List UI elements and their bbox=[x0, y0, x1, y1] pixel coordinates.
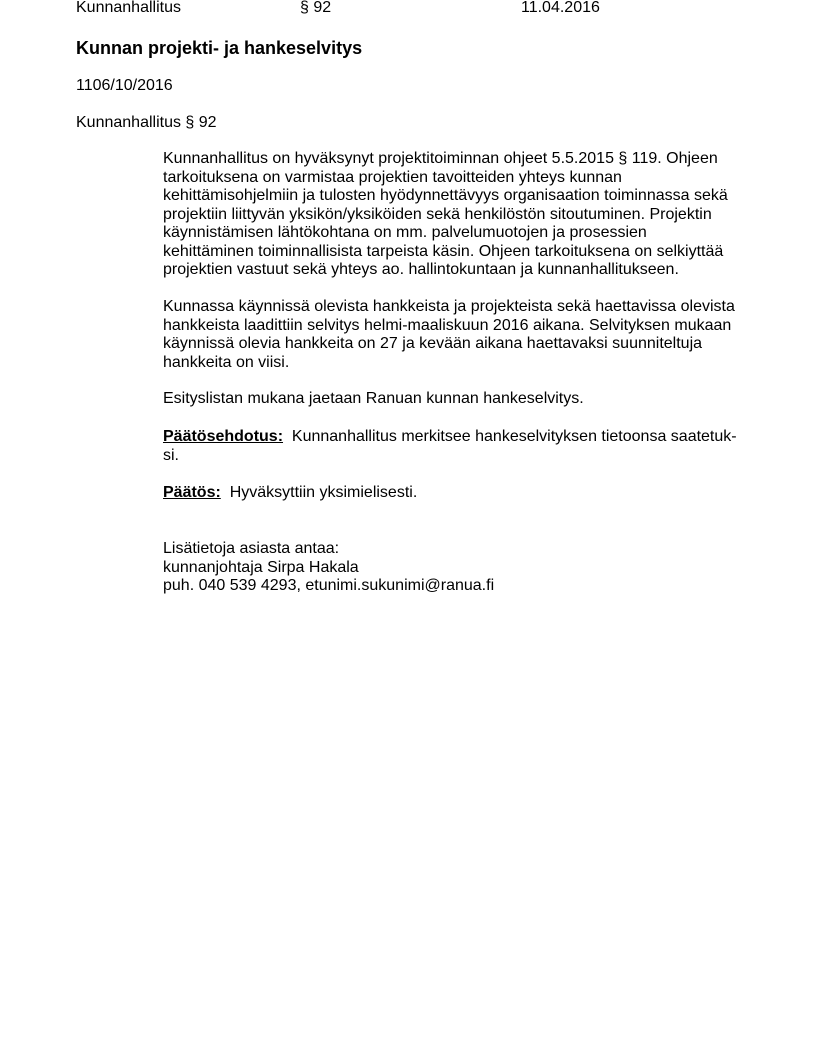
text-line: Kunnassa käynnissä olevista hankkeista j… bbox=[163, 298, 753, 317]
section-reference: Kunnanhallitus § 92 bbox=[76, 113, 217, 133]
decision-label: Päätös: bbox=[163, 484, 221, 501]
paragraph-survey: Kunnassa käynnissä olevista hankkeista j… bbox=[163, 298, 753, 372]
document-title: Kunnan projekti- ja hankeselvitys bbox=[76, 37, 362, 59]
text-line: Kunnanhallitus on hyväksynyt projektitoi… bbox=[163, 150, 753, 169]
header-date: 11.04.2016 bbox=[521, 0, 600, 18]
contact-info: Lisätietoja asiasta antaa: kunnanjohtaja… bbox=[163, 540, 753, 596]
text-line: projektien vastuut sekä yhteys ao. halli… bbox=[163, 261, 753, 280]
document-number: 1106/10/2016 bbox=[76, 76, 173, 96]
decision-text: Hyväksyttiin yksimielisesti. bbox=[230, 484, 418, 501]
paragraph-attachment: Esityslistan mukana jaetaan Ranuan kunna… bbox=[163, 390, 753, 409]
header-section: § 92 bbox=[300, 0, 331, 18]
text-line: Päätös: Hyväksyttiin yksimielisesti. bbox=[163, 484, 753, 503]
proposal-label: Päätösehdotus: bbox=[163, 428, 283, 445]
text-line: käynnissä olevia hankkeita on 27 ja kevä… bbox=[163, 335, 753, 354]
contact-details: puh. 040 539 4293, etunimi.sukunimi@ranu… bbox=[163, 577, 753, 596]
decision: Päätös: Hyväksyttiin yksimielisesti. bbox=[163, 484, 753, 503]
contact-person: kunnanjohtaja Sirpa Hakala bbox=[163, 559, 753, 578]
text-line: kehittämisohjelmiin ja tulosten hyödynne… bbox=[163, 187, 753, 206]
text-line: projektiin liittyvän yksikön/yksiköiden … bbox=[163, 206, 753, 225]
decision-proposal: Päätösehdotus: Kunnanhallitus merkitsee … bbox=[163, 428, 753, 465]
text-line: tarkoituksena on varmistaa projektien ta… bbox=[163, 169, 753, 188]
proposal-text-continued: si. bbox=[163, 447, 753, 466]
contact-intro: Lisätietoja asiasta antaa: bbox=[163, 540, 753, 559]
text-line: hankkeista laadittiin selvitys helmi-maa… bbox=[163, 317, 753, 336]
paragraph-background: Kunnanhallitus on hyväksynyt projektitoi… bbox=[163, 150, 753, 280]
text-line: käynnistämisen lähtökohtana on mm. palve… bbox=[163, 224, 753, 243]
header-organization: Kunnanhallitus bbox=[76, 0, 181, 18]
text-line: Esityslistan mukana jaetaan Ranuan kunna… bbox=[163, 390, 753, 409]
page-header: Kunnanhallitus § 92 11.04.2016 bbox=[76, 0, 816, 18]
text-line: Päätösehdotus: Kunnanhallitus merkitsee … bbox=[163, 428, 753, 447]
proposal-text: Kunnanhallitus merkitsee hankeselvitykse… bbox=[292, 428, 737, 445]
text-line: hankkeita on viisi. bbox=[163, 354, 753, 373]
text-line: kehittäminen toiminnallisista tarpeista … bbox=[163, 243, 753, 262]
